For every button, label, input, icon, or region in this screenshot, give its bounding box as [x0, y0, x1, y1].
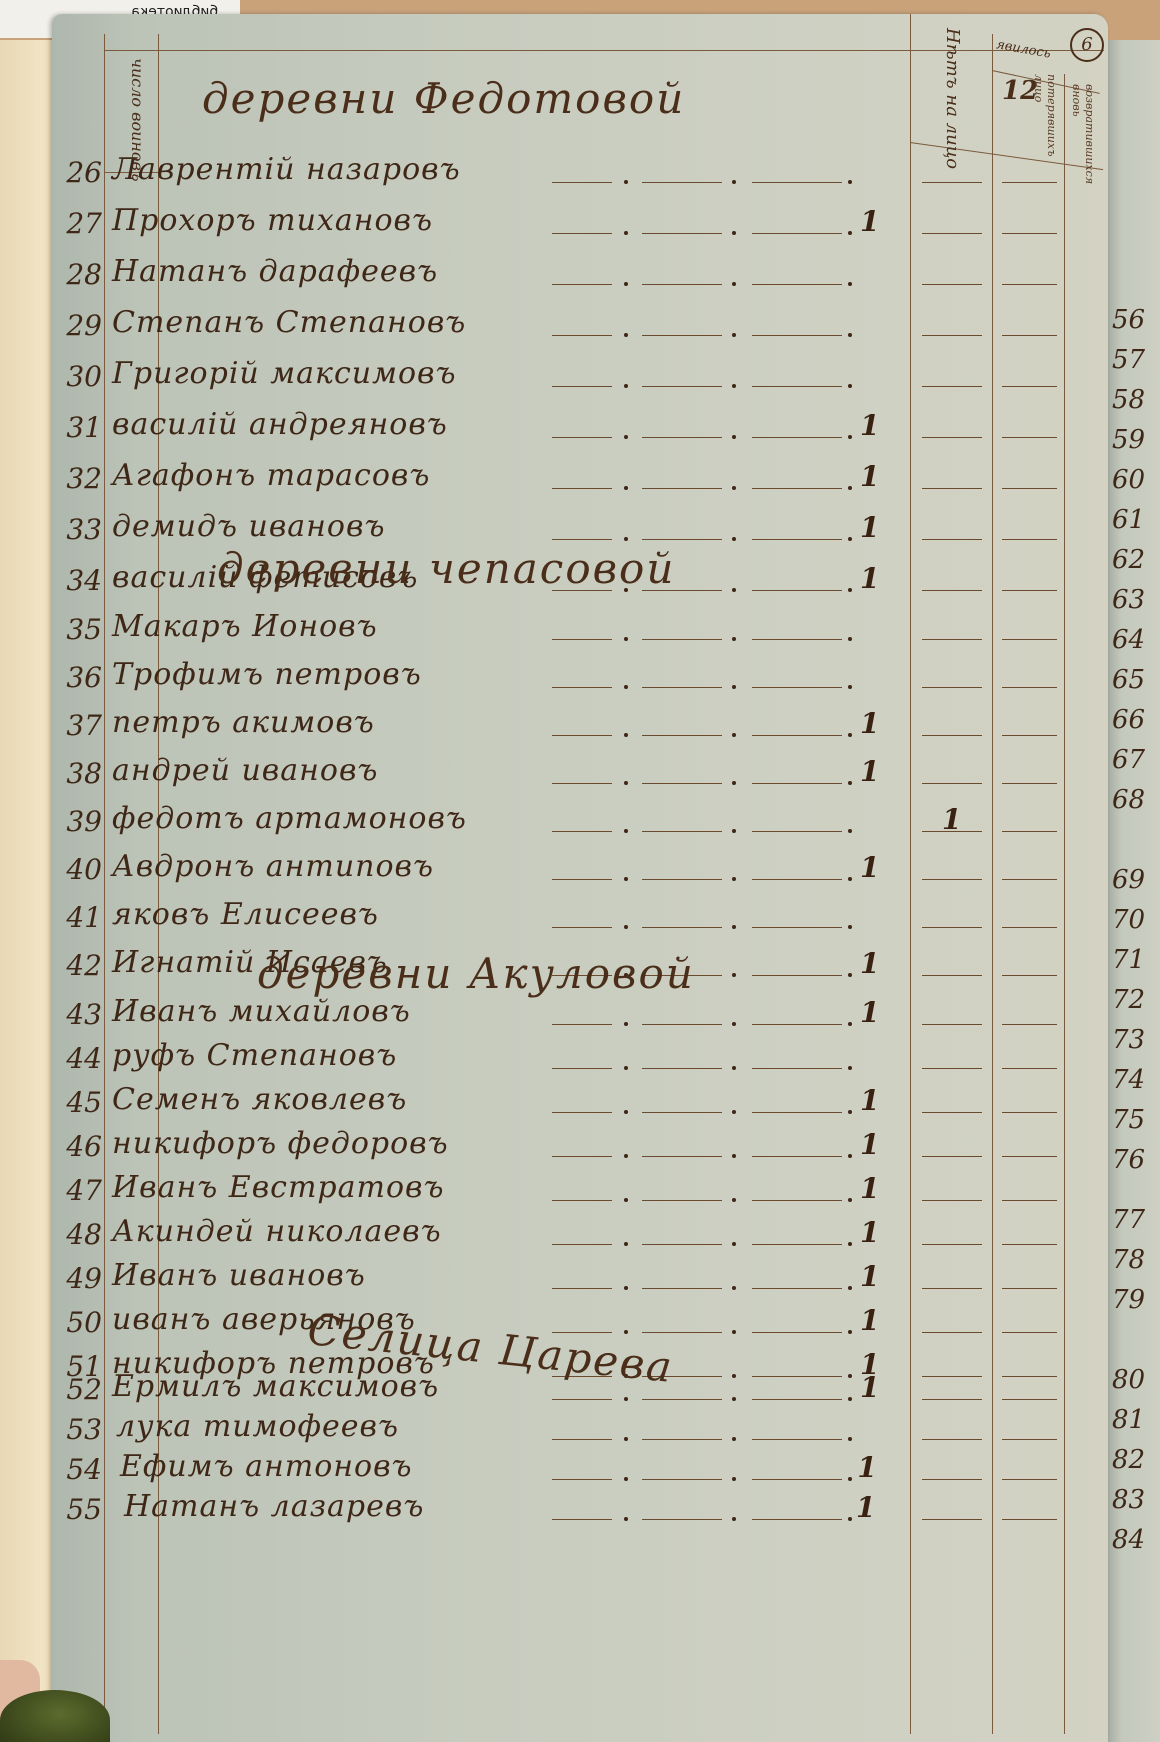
leader-dot: [848, 588, 852, 592]
person-name: Ермилъ максимовъ: [112, 1369, 439, 1404]
right-page-number: 63: [1112, 585, 1160, 615]
leader-line: [922, 1068, 982, 1069]
leader-line: [642, 879, 722, 880]
leader-line: [642, 1024, 722, 1025]
row-number: 44: [54, 1042, 102, 1075]
leader-line: [752, 284, 842, 285]
row-number: 36: [54, 661, 102, 694]
leader-dot: [848, 877, 852, 881]
person-name: Иванъ ивановъ: [112, 1258, 366, 1293]
leader-dot: [624, 1517, 628, 1521]
person-name: петръ акимовъ: [112, 705, 375, 740]
leader-line: [752, 335, 842, 336]
person-name: Лаврентій назаровъ: [112, 152, 461, 187]
person-name: Макаръ Ионовъ: [112, 609, 378, 644]
table-row: 32Агафонъ тарасовъ1: [52, 458, 1108, 502]
leader-line: [922, 975, 982, 976]
leader-line: [1002, 1332, 1057, 1333]
leader-line: [642, 783, 722, 784]
person-name: Ефимъ антоновъ: [120, 1449, 413, 1484]
leader-line: [922, 1200, 982, 1201]
leader-line: [552, 1112, 612, 1113]
leader-dot: [848, 637, 852, 641]
leader-dot: [624, 282, 628, 286]
absent-mark: 1: [860, 755, 879, 788]
leader-line: [752, 783, 842, 784]
table-row: 43Иванъ михайловъ1: [52, 994, 1108, 1038]
leader-line: [1002, 1024, 1057, 1025]
row-number: 37: [54, 709, 102, 742]
row-number: 50: [54, 1306, 102, 1339]
right-page-number: 72: [1112, 985, 1160, 1015]
leader-dot: [624, 733, 628, 737]
row-number: 27: [54, 207, 102, 240]
absent-mark: 1: [860, 1371, 879, 1404]
leader-dot: [732, 637, 736, 641]
leader-line: [1002, 1112, 1057, 1113]
leader-dot: [732, 384, 736, 388]
leader-line: [642, 437, 722, 438]
leader-line: [642, 539, 722, 540]
leader-dot: [732, 1242, 736, 1246]
leader-line: [552, 639, 612, 640]
leader-line: [922, 437, 982, 438]
leader-line: [642, 1244, 722, 1245]
leader-line: [752, 1439, 842, 1440]
person-name: Акиндей николаевъ: [112, 1214, 442, 1249]
right-page-number: 83: [1112, 1485, 1160, 1515]
leader-line: [752, 539, 842, 540]
person-name: Натанъ дарафеевъ: [112, 254, 438, 289]
table-row: 44руфъ Степановъ: [52, 1038, 1108, 1082]
leader-dot: [732, 829, 736, 833]
register-page: число воиновъ Нѣтъ на лицо явилось 12 по…: [52, 14, 1108, 1742]
leader-dot: [624, 1022, 628, 1026]
absent-mark: 1: [860, 1260, 879, 1293]
right-page-number: 57: [1112, 345, 1160, 375]
leader-dot: [624, 1397, 628, 1401]
right-page-number: 65: [1112, 665, 1160, 695]
table-row: 31василій андреяновъ1: [52, 407, 1108, 451]
right-page-number: 70: [1112, 905, 1160, 935]
absent-mark: 1: [857, 1451, 876, 1484]
leader-dot: [732, 588, 736, 592]
leader-line: [922, 1024, 982, 1025]
right-page-number: 62: [1112, 545, 1160, 575]
leader-line: [752, 488, 842, 489]
leader-dot: [848, 486, 852, 490]
leader-dot: [732, 1397, 736, 1401]
leader-dot: [848, 1286, 852, 1290]
leader-line: [1002, 1288, 1057, 1289]
leader-dot: [732, 685, 736, 689]
leader-line: [922, 539, 982, 540]
appeared-column-header: явилось: [995, 37, 1052, 61]
absent-mark: 1: [860, 511, 879, 544]
absent-mark: 1: [860, 851, 879, 884]
right-page-number: 84: [1112, 1525, 1160, 1555]
leader-line: [752, 1479, 842, 1480]
right-page-number: 81: [1112, 1405, 1160, 1435]
leader-line: [642, 1519, 722, 1520]
section-title: деревни Акуловой: [257, 949, 695, 998]
absent-mark: 1: [860, 1304, 879, 1337]
row-number: 45: [54, 1086, 102, 1119]
table-row: 39федотъ артамоновъ1: [52, 801, 1108, 845]
leader-line: [752, 927, 842, 928]
leader-line: [1002, 1519, 1057, 1520]
leader-line: [552, 233, 612, 234]
leader-line: [922, 1244, 982, 1245]
row-number: 54: [54, 1453, 102, 1486]
leader-dot: [732, 1110, 736, 1114]
lost-subheader: потерявшихъ лицо: [1032, 74, 1058, 164]
table-row: 26Лаврентій назаровъ: [52, 152, 1108, 196]
leader-line: [752, 735, 842, 736]
row-number: 53: [54, 1413, 102, 1446]
row-number: 40: [54, 853, 102, 886]
leader-line: [1002, 735, 1057, 736]
row-number: 28: [54, 258, 102, 291]
row-number: 30: [54, 360, 102, 393]
person-name: Агафонъ тарасовъ: [112, 458, 430, 493]
leader-dot: [624, 435, 628, 439]
leader-line: [642, 735, 722, 736]
leader-line: [922, 488, 982, 489]
absent-mark: 1: [860, 460, 879, 493]
table-row: 28Натанъ дарафеевъ: [52, 254, 1108, 298]
leader-line: [642, 1112, 722, 1113]
leader-dot: [732, 925, 736, 929]
leader-line: [752, 1332, 842, 1333]
person-name: Иванъ михайловъ: [112, 994, 411, 1029]
absent-mark: 1: [860, 409, 879, 442]
leader-dot: [848, 1330, 852, 1334]
person-name: никифоръ федоровъ: [112, 1126, 449, 1161]
leader-line: [642, 1399, 722, 1400]
row-number: 47: [54, 1174, 102, 1207]
leader-dot: [848, 231, 852, 235]
leader-dot: [848, 1110, 852, 1114]
right-page-number: 82: [1112, 1445, 1160, 1475]
table-row: 37петръ акимовъ1: [52, 705, 1108, 749]
person-name: яковъ Елисеевъ: [112, 897, 379, 932]
right-page-number: 78: [1112, 1245, 1160, 1275]
leader-line: [752, 1024, 842, 1025]
leader-line: [642, 335, 722, 336]
leader-dot: [848, 333, 852, 337]
leader-line: [922, 1399, 982, 1400]
leader-line: [1002, 1439, 1057, 1440]
leader-line: [642, 927, 722, 928]
leader-dot: [624, 1110, 628, 1114]
right-page-number: 59: [1112, 425, 1160, 455]
absent-mark: 1: [860, 1128, 879, 1161]
leader-line: [552, 1068, 612, 1069]
leader-line: [922, 1519, 982, 1520]
leader-line: [552, 927, 612, 928]
leader-line: [552, 1399, 612, 1400]
row-number: 42: [54, 949, 102, 982]
leader-dot: [732, 1286, 736, 1290]
leader-line: [642, 1332, 722, 1333]
leader-line: [752, 1244, 842, 1245]
right-page-number: 76: [1112, 1145, 1160, 1175]
absent-mark: 1: [860, 1172, 879, 1205]
leader-line: [552, 687, 612, 688]
leader-dot: [848, 1242, 852, 1246]
leader-line: [552, 488, 612, 489]
table-row: 47Иванъ Евстратовъ1: [52, 1170, 1108, 1214]
right-page-number: 68: [1112, 785, 1160, 815]
leader-dot: [624, 231, 628, 235]
row-number: 41: [54, 901, 102, 934]
leader-line: [552, 1439, 612, 1440]
leader-dot: [732, 973, 736, 977]
leader-line: [922, 233, 982, 234]
leader-dot: [732, 1330, 736, 1334]
leader-line: [922, 1332, 982, 1333]
leader-line: [1002, 879, 1057, 880]
table-row: 49Иванъ ивановъ1: [52, 1258, 1108, 1302]
leader-line: [552, 1024, 612, 1025]
leader-dot: [732, 733, 736, 737]
leader-line: [642, 182, 722, 183]
table-row: 29Степанъ Степановъ: [52, 305, 1108, 349]
leader-line: [1002, 1479, 1057, 1480]
leader-line: [752, 1399, 842, 1400]
leader-line: [922, 1439, 982, 1440]
leader-dot: [732, 435, 736, 439]
row-number: 29: [54, 309, 102, 342]
table-row: 54Ефимъ антоновъ1: [52, 1449, 1108, 1493]
leader-dot: [732, 231, 736, 235]
leader-line: [1002, 386, 1057, 387]
leader-dot: [848, 1022, 852, 1026]
leader-dot: [732, 1154, 736, 1158]
leader-dot: [624, 1242, 628, 1246]
leader-line: [752, 233, 842, 234]
leader-dot: [624, 829, 628, 833]
leader-line: [752, 1112, 842, 1113]
leader-line: [552, 1479, 612, 1480]
leader-line: [922, 1288, 982, 1289]
leader-line: [1002, 831, 1057, 832]
row-number: 32: [54, 462, 102, 495]
person-name: руфъ Степановъ: [112, 1038, 397, 1073]
person-name: василій андреяновъ: [112, 407, 448, 442]
page-number: 6: [1070, 28, 1104, 62]
row-number: 31: [54, 411, 102, 444]
table-row: 46никифоръ федоровъ1: [52, 1126, 1108, 1170]
leader-line: [642, 1200, 722, 1201]
right-page-number: 71: [1112, 945, 1160, 975]
row-number: 55: [54, 1493, 102, 1526]
leader-dot: [732, 1198, 736, 1202]
leader-dot: [848, 1198, 852, 1202]
person-name: андрей ивановъ: [112, 753, 378, 788]
leader-dot: [624, 781, 628, 785]
table-row: 38андрей ивановъ1: [52, 753, 1108, 797]
leader-dot: [848, 685, 852, 689]
table-row: 30Григорій максимовъ: [52, 356, 1108, 400]
leader-line: [552, 879, 612, 880]
leader-line: [1002, 335, 1057, 336]
leader-line: [642, 831, 722, 832]
leader-line: [752, 1288, 842, 1289]
right-page-number: 56: [1112, 305, 1160, 335]
leader-line: [922, 335, 982, 336]
leader-dot: [624, 180, 628, 184]
leader-line: [1002, 1200, 1057, 1201]
leader-line: [1002, 437, 1057, 438]
absent-column-header: Нѣтъ на лицо: [942, 28, 963, 169]
table-row: 53лука тимофеевъ: [52, 1409, 1108, 1453]
leader-dot: [848, 1154, 852, 1158]
leader-line: [752, 182, 842, 183]
leader-line: [1002, 1156, 1057, 1157]
leader-line: [1002, 639, 1057, 640]
absent-mark: 1: [860, 707, 879, 740]
leader-line: [922, 735, 982, 736]
leader-line: [922, 1112, 982, 1113]
leader-line: [922, 879, 982, 880]
right-page-number: 64: [1112, 625, 1160, 655]
table-row: 48Акиндей николаевъ1: [52, 1214, 1108, 1258]
leader-dot: [732, 486, 736, 490]
leader-line: [552, 386, 612, 387]
person-name: лука тимофеевъ: [116, 1409, 399, 1444]
person-name: Григорій максимовъ: [112, 356, 456, 391]
row-number: 34: [54, 564, 102, 597]
leader-line: [1002, 927, 1057, 928]
leader-dot: [624, 925, 628, 929]
leader-line: [752, 879, 842, 880]
absent-mark: 1: [860, 947, 879, 980]
table-row: 41яковъ Елисеевъ: [52, 897, 1108, 941]
leader-line: [1002, 233, 1057, 234]
table-row: 35Макаръ Ионовъ: [52, 609, 1108, 653]
leader-dot: [848, 435, 852, 439]
right-page-number: 66: [1112, 705, 1160, 735]
leader-dot: [848, 973, 852, 977]
leader-dot: [624, 685, 628, 689]
leader-line: [642, 1439, 722, 1440]
leader-dot: [848, 1437, 852, 1441]
leader-dot: [732, 1437, 736, 1441]
leader-dot: [848, 537, 852, 541]
leader-line: [552, 284, 612, 285]
person-name: федотъ артамоновъ: [112, 801, 467, 836]
absent-mark: 1: [860, 1084, 879, 1117]
leader-line: [1002, 687, 1057, 688]
leader-dot: [848, 733, 852, 737]
leader-dot: [732, 781, 736, 785]
leader-line: [1002, 284, 1057, 285]
leader-dot: [732, 180, 736, 184]
table-row: 27Прохоръ тихановъ1: [52, 203, 1108, 247]
row-number: 35: [54, 613, 102, 646]
row-number: 49: [54, 1262, 102, 1295]
table-row: 40Авдронъ антиповъ1: [52, 849, 1108, 893]
leader-dot: [848, 925, 852, 929]
leader-dot: [732, 1517, 736, 1521]
leader-dot: [624, 333, 628, 337]
leader-line: [1002, 1068, 1057, 1069]
leader-dot: [848, 1397, 852, 1401]
leader-dot: [732, 1477, 736, 1481]
row-number: 38: [54, 757, 102, 790]
leader-line: [922, 590, 982, 591]
leader-line: [642, 1288, 722, 1289]
leader-line: [1002, 1399, 1057, 1400]
right-page-number: 74: [1112, 1065, 1160, 1095]
leader-dot: [624, 637, 628, 641]
leader-line: [642, 488, 722, 489]
leader-dot: [624, 1477, 628, 1481]
leader-line: [552, 1200, 612, 1201]
leader-dot: [732, 877, 736, 881]
leader-line: [552, 831, 612, 832]
absent-mark: 1: [860, 562, 879, 595]
leader-line: [1002, 975, 1057, 976]
table-row: 52Ермилъ максимовъ1: [52, 1369, 1108, 1413]
row-number: 52: [54, 1373, 102, 1406]
leader-line: [552, 1244, 612, 1245]
leader-dot: [732, 537, 736, 541]
person-name: Авдронъ антиповъ: [112, 849, 434, 884]
leader-line: [642, 1068, 722, 1069]
person-name: демидъ ивановъ: [112, 509, 385, 544]
leader-dot: [732, 282, 736, 286]
row-number: 26: [54, 156, 102, 189]
leader-dot: [624, 1286, 628, 1290]
leader-line: [922, 639, 982, 640]
absent-mark: 1: [856, 1491, 875, 1524]
section-title: деревни чепасовой: [217, 544, 675, 593]
leader-line: [552, 437, 612, 438]
leader-line: [552, 1519, 612, 1520]
person-name: Натанъ лазаревъ: [124, 1489, 424, 1524]
section-title: деревни Федотовой: [202, 74, 685, 123]
leader-dot: [732, 1066, 736, 1070]
leader-dot: [848, 1477, 852, 1481]
leader-dot: [624, 1437, 628, 1441]
leader-line: [642, 639, 722, 640]
leader-line: [922, 1156, 982, 1157]
right-page-number: 69: [1112, 865, 1160, 895]
leader-line: [552, 335, 612, 336]
leader-line: [922, 1479, 982, 1480]
row-number: 48: [54, 1218, 102, 1251]
row-number: 33: [54, 513, 102, 546]
leader-line: [552, 539, 612, 540]
leader-line: [1002, 590, 1057, 591]
leader-line: [922, 687, 982, 688]
leader-line: [552, 1288, 612, 1289]
leader-dot: [848, 781, 852, 785]
right-page-number: 77: [1112, 1205, 1160, 1235]
leader-line: [752, 1156, 842, 1157]
leader-line: [752, 1519, 842, 1520]
leader-dot: [848, 384, 852, 388]
leader-line: [752, 1200, 842, 1201]
leader-line: [642, 1156, 722, 1157]
leader-line: [922, 284, 982, 285]
leader-line: [922, 182, 982, 183]
leader-line: [1002, 182, 1057, 183]
leader-dot: [848, 1517, 852, 1521]
